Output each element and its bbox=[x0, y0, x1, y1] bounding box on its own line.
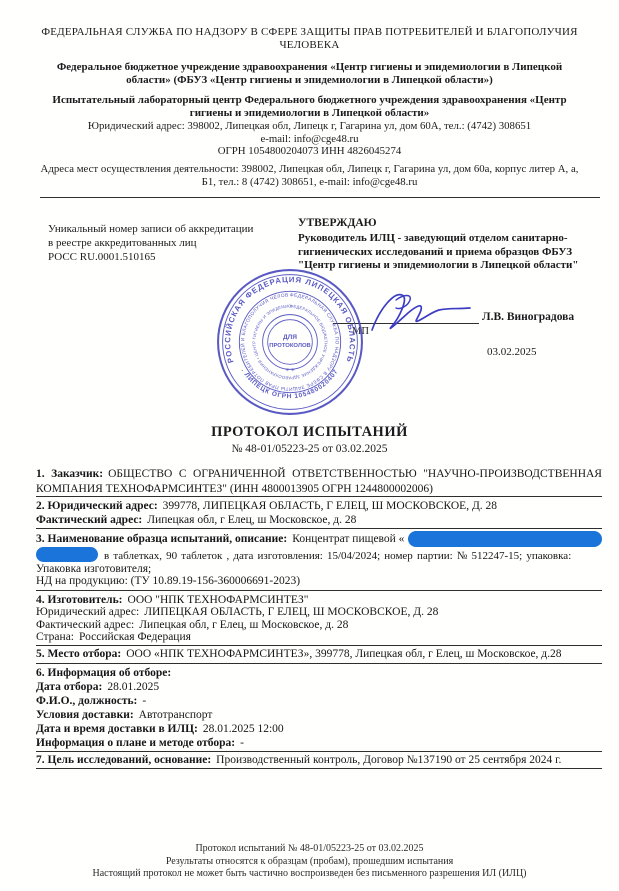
accreditation-line1: Уникальный номер записи об аккредитации bbox=[48, 222, 288, 236]
section-manufacturer: 4. Изготовитель:ООО "НПК ТЕХНОФАРМСИНТЕЗ… bbox=[36, 591, 602, 646]
header-divider bbox=[40, 197, 600, 198]
sampling-date-label: Дата отбора: bbox=[36, 681, 102, 693]
organization-name: Федеральное бюджетное учреждение здравоо… bbox=[35, 61, 584, 87]
actual-address-value: Липецкая обл, г Елец, ш Московское, д. 2… bbox=[147, 514, 356, 526]
ogrn-inn-line: ОГРН 1054800204073 ИНН 4826045274 bbox=[35, 145, 584, 158]
federal-service-name: ФЕДЕРАЛЬНАЯ СЛУЖБА ПО НАДЗОРУ В СФЕРЕ ЗА… bbox=[35, 26, 584, 52]
legal-address-line: Юридический адрес: 398002, Липецкая обл,… bbox=[35, 120, 584, 133]
stamp-center-line1: ДЛЯ bbox=[283, 334, 297, 341]
sampling-date-value: 28.01.2025 bbox=[107, 681, 159, 693]
legal-address-label: 2. Юридический адрес: bbox=[36, 500, 158, 512]
sampling-plan-label: Информация о плане и методе отбора: bbox=[36, 737, 235, 749]
sample-line2: в таблетках, 90 таблеток , дата изготовл… bbox=[104, 550, 571, 562]
email-line: e-mail: info@cge48.ru bbox=[35, 133, 584, 146]
protocol-title: ПРОТОКОЛ ИСПЫТАНИЙ bbox=[0, 424, 619, 440]
protocol-title-block: ПРОТОКОЛ ИСПЫТАНИЙ № 48-01/05223-25 от 0… bbox=[0, 424, 619, 456]
document-header: ФЕДЕРАЛЬНАЯ СЛУЖБА ПО НАДЗОРУ В СФЕРЕ ЗА… bbox=[35, 26, 584, 189]
protocol-body: 1. Заказчик:ОБЩЕСТВО С ОГРАНИЧЕННОЙ ОТВЕ… bbox=[36, 467, 602, 769]
manufacturer-value: ООО "НПК ТЕХНОФАРМСИНТЕЗ" bbox=[128, 594, 309, 606]
sampling-place-value: ООО «НПК ТЕХНОФАРМСИНТЕЗ», 399778, Липец… bbox=[126, 648, 561, 660]
sample-line4: НД на продукцию: (ТУ 10.89.19-156-360006… bbox=[36, 575, 602, 588]
section-sample: 3. Наименование образца испытаний, описа… bbox=[36, 529, 602, 591]
redaction-bar-wide bbox=[408, 531, 602, 547]
section-sampling-place: 5. Место отбора:ООО «НПК ТЕХНОФАРМСИНТЕЗ… bbox=[36, 646, 602, 664]
sampling-place-label: 5. Место отбора: bbox=[36, 648, 121, 660]
actual-address-label: Фактический адрес: bbox=[36, 514, 142, 526]
sample-intro: Концентрат пищевой « bbox=[292, 533, 404, 545]
person-label: Ф.И.О., должность: bbox=[36, 695, 137, 707]
manufacturer-legal-address-value: ЛИПЕЦКАЯ ОБЛАСТЬ, Г ЕЛЕЦ, Ш МОСКОВСКОЕ, … bbox=[144, 606, 438, 618]
approval-block: УТВЕРЖДАЮ Руководитель ИЛЦ - заведующий … bbox=[298, 216, 584, 273]
section-customer: 1. Заказчик:ОБЩЕСТВО С ОГРАНИЧЕННОЙ ОТВЕ… bbox=[36, 467, 602, 497]
protocol-number: № 48-01/05223-25 от 03.02.2025 bbox=[0, 443, 619, 456]
sample-line3: Упаковка изготовителя; bbox=[36, 563, 602, 576]
manufacturer-legal-address-label: Юридический адрес: bbox=[36, 606, 139, 618]
delivery-datetime-label: Дата и время доставки в ИЛЦ: bbox=[36, 723, 198, 735]
round-stamp-icon: РОССИЙСКАЯ ФЕДЕРАЦИЯ ЛИПЕЦКАЯ ОБЛАСТЬ Г.… bbox=[214, 266, 366, 418]
person-value: - bbox=[142, 695, 146, 707]
sample-label: 3. Наименование образца испытаний, описа… bbox=[36, 533, 287, 545]
customer-label: 1. Заказчик: bbox=[36, 468, 103, 480]
handwritten-signature-icon bbox=[366, 286, 486, 340]
approval-date: 03.02.2025 bbox=[487, 346, 537, 358]
sampling-info-label: 6. Информация об отборе: bbox=[36, 667, 171, 679]
delivery-datetime-value: 28.01.2025 12:00 bbox=[203, 723, 284, 735]
manufacturer-label: 4. Изготовитель: bbox=[36, 594, 123, 606]
footer-reproduction-note: Настоящий протокол не может быть частичн… bbox=[0, 868, 619, 881]
signer-name: Л.В. Виноградова bbox=[482, 311, 574, 323]
delivery-conditions-label: Условия доставки: bbox=[36, 709, 134, 721]
section-sampling-info: 6. Информация об отборе: Дата отбора:28.… bbox=[36, 664, 602, 752]
footer-results-note: Результаты относятся к образцам (пробам)… bbox=[0, 856, 619, 869]
accreditation-line2: в реестре аккредитованных лиц bbox=[48, 236, 288, 250]
manufacturer-actual-address-value: Липецкая обл, г Елец, ш Московское, д. 2… bbox=[139, 619, 348, 631]
stamp-stars: ✳ ✳ bbox=[285, 367, 295, 373]
customer-value: ОБЩЕСТВО С ОГРАНИЧЕННОЙ ОТВЕТСТВЕННОСТЬЮ… bbox=[36, 468, 602, 495]
stamp-center-line2: ПРОТОКОЛОВ bbox=[269, 343, 310, 349]
redaction-bar-small bbox=[36, 547, 98, 562]
purpose-label: 7. Цель исследований, основание: bbox=[36, 754, 211, 766]
purpose-value: Производственный контроль, Договор №1371… bbox=[216, 754, 561, 766]
accreditation-number: РОСС RU.0001.510165 bbox=[48, 250, 288, 264]
manufacturer-actual-address-label: Фактический адрес: bbox=[36, 619, 134, 631]
section-purpose: 7. Цель исследований, основание:Производ… bbox=[36, 752, 602, 769]
testing-lab-center-name: Испытательный лабораторный центр Федерал… bbox=[35, 94, 584, 120]
legal-address-value: 399778, ЛИПЕЦКАЯ ОБЛАСТЬ, Г ЕЛЕЦ, Ш МОСК… bbox=[163, 500, 497, 512]
section-addresses: 2. Юридический адрес:399778, ЛИПЕЦКАЯ ОБ… bbox=[36, 497, 602, 529]
footer-protocol-ref: Протокол испытаний № 48-01/05223-25 от 0… bbox=[0, 843, 619, 856]
country-value: Российская Федерация bbox=[79, 631, 191, 643]
sampling-plan-value: - bbox=[240, 737, 244, 749]
protocol-document-page: ФЕДЕРАЛЬНАЯ СЛУЖБА ПО НАДЗОРУ В СФЕРЕ ЗА… bbox=[0, 0, 619, 891]
accreditation-block: Уникальный номер записи об аккредитации … bbox=[48, 222, 288, 264]
activity-addresses-line: Адреса мест осуществления деятельности: … bbox=[35, 163, 584, 189]
page-footer: Протокол испытаний № 48-01/05223-25 от 0… bbox=[0, 843, 619, 881]
approval-title: УТВЕРЖДАЮ bbox=[298, 216, 584, 230]
country-label: Страна: bbox=[36, 631, 74, 643]
delivery-conditions-value: Автотранспорт bbox=[139, 709, 213, 721]
